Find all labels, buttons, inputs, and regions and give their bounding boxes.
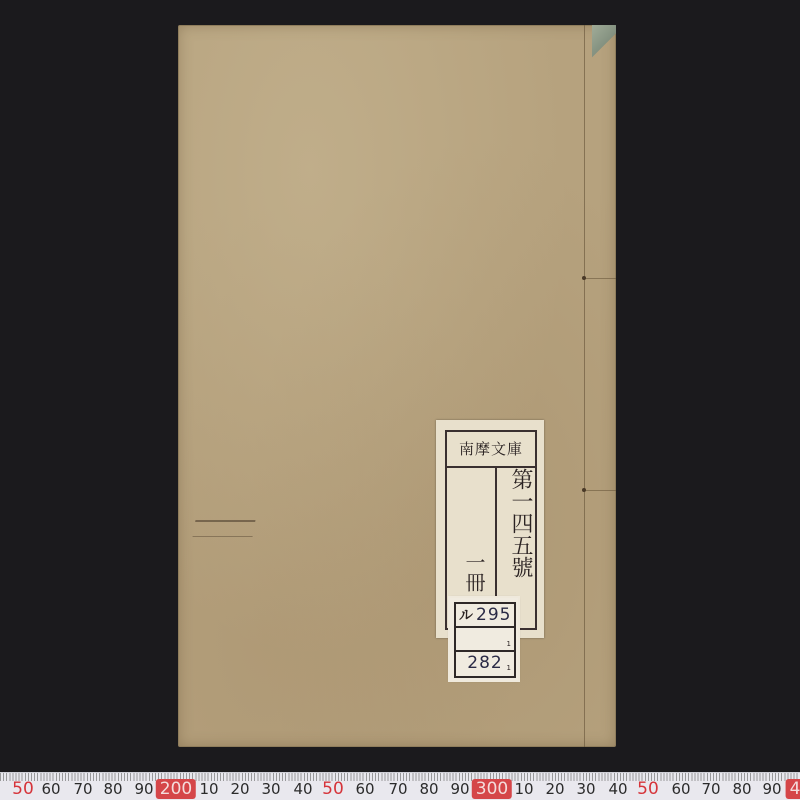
ruler-label: 80 xyxy=(103,779,122,799)
tag-class-number: 295 xyxy=(476,605,511,625)
stitch-hole xyxy=(582,488,586,492)
ruler-label: 80 xyxy=(732,779,751,799)
ruler-label: 60 xyxy=(671,779,690,799)
ruler-label: 50 xyxy=(322,779,344,799)
ruler-label: 4 xyxy=(786,779,800,799)
ruler-label: 90 xyxy=(450,779,469,799)
ruler-label: 60 xyxy=(41,779,60,799)
tag-middle-mark: 1 xyxy=(507,640,511,648)
ruler-label: 90 xyxy=(762,779,781,799)
ruler-label: 70 xyxy=(73,779,92,799)
tag-frame: ル295 1 282 1 xyxy=(454,602,516,678)
ruler-label: 10 xyxy=(199,779,218,799)
book-cover xyxy=(178,25,616,747)
ruler-label: 90 xyxy=(134,779,153,799)
ruler-label: 60 xyxy=(355,779,374,799)
ruler-label: 30 xyxy=(261,779,280,799)
ruler-label: 40 xyxy=(293,779,312,799)
ruler-label: 30 xyxy=(576,779,595,799)
worn-corner xyxy=(592,25,616,65)
ruler-label: 20 xyxy=(545,779,564,799)
label-volumes: 一冊 xyxy=(453,552,489,592)
binding-line xyxy=(584,25,585,747)
ink-mark xyxy=(193,520,256,537)
ruler-label: 300 xyxy=(472,779,512,799)
tag-prefix: ル xyxy=(459,608,473,624)
ruler-label: 70 xyxy=(388,779,407,799)
tag-item-suffix: 1 xyxy=(507,664,511,672)
binding-segment xyxy=(584,278,616,279)
ruler-label: 200 xyxy=(156,779,196,799)
ruler-label: 20 xyxy=(230,779,249,799)
ruler-label: 50 xyxy=(637,779,659,799)
ruler-label: 80 xyxy=(419,779,438,799)
call-number-tag: ル295 1 282 1 xyxy=(450,598,518,680)
tag-row-class: ル295 xyxy=(456,604,514,628)
tag-item-number: 282 xyxy=(456,652,514,674)
stitch-hole xyxy=(582,276,586,280)
binding-segment xyxy=(584,490,616,491)
ruler-label: 50 xyxy=(12,779,34,799)
label-number: 第一四五號 xyxy=(499,468,535,578)
tag-row-item: 282 1 xyxy=(456,652,514,674)
ruler-label: 70 xyxy=(701,779,720,799)
measuring-ruler: 5060708090200102030405060708090300102030… xyxy=(0,772,800,800)
tag-row-middle: 1 xyxy=(456,628,514,652)
ruler-label: 10 xyxy=(514,779,533,799)
ruler-label: 40 xyxy=(608,779,627,799)
label-header: 南摩文庫 xyxy=(447,432,535,468)
